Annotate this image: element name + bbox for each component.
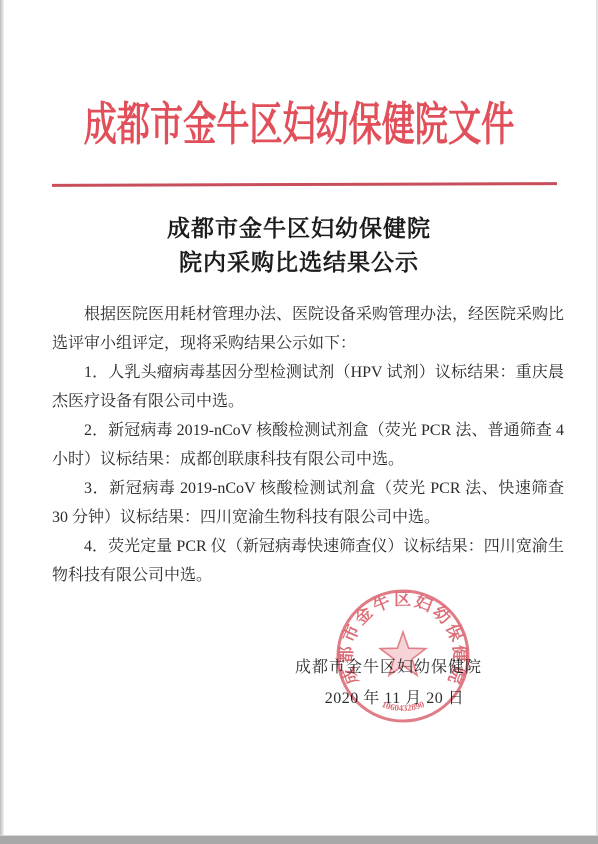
document-body: 根据医院医用耗材管理办法、医院设备采购管理办法，经医院采购比选评审小组评定，现将…	[52, 300, 564, 590]
scan-shadow-bottom	[0, 835, 598, 844]
letterhead-title: 成都市金牛区妇幼保健院文件	[84, 88, 515, 154]
document-title-line2: 院内采购比选结果公示	[0, 246, 598, 280]
paragraph-item-4: 4．荧光定量 PCR 仪（新冠病毒快速筛查仪）议标结果：四川宽渝生物科技有限公司…	[52, 532, 564, 590]
paragraph-item-1: 1．人乳头瘤病毒基因分型检测试剂（HPV 试剂）议标结果：重庆晨杰医疗设备有限公…	[52, 358, 564, 416]
seal-star-icon	[380, 632, 426, 675]
document-title-line1: 成都市金牛区妇幼保健院	[0, 212, 598, 246]
red-separator-line	[52, 182, 557, 187]
paragraph-item-3: 3．新冠病毒 2019-nCoV 核酸检测试剂盒（荧光 PCR 法、快速筛查 3…	[52, 474, 564, 532]
paragraph-item-2: 2．新冠病毒 2019-nCoV 核酸检测试剂盒（荧光 PCR 法、普通筛查 4…	[52, 416, 564, 474]
paragraph-intro: 根据医院医用耗材管理办法、医院设备采购管理办法，经医院采购比选评审小组评定，现将…	[52, 300, 564, 358]
document-title: 成都市金牛区妇幼保健院 院内采购比选结果公示	[0, 212, 598, 280]
seal-number: 1060432890	[380, 699, 426, 713]
official-seal: 成都市金牛区妇幼保健院 1060432890	[328, 581, 478, 731]
scan-edge-left	[0, 0, 4, 844]
